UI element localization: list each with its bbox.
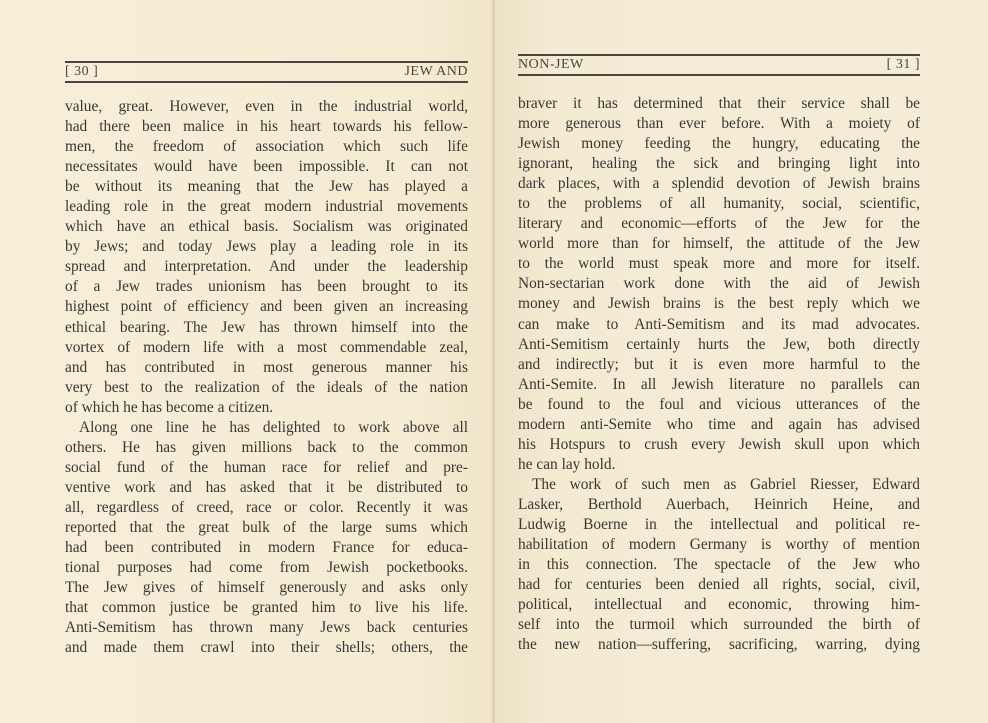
text-line: Jewish money feeding the hungry, educati…	[518, 134, 920, 154]
text-line: his Hotspurs to crush every Jewish skull…	[518, 435, 920, 455]
text-line: spread and interpretation. And under the…	[65, 257, 468, 277]
text-line: Non-sectarian work done with the aid of …	[518, 274, 920, 294]
text-line: necessitates would have been impossible.…	[65, 157, 468, 177]
text-line: habilitation of modern Germany is worthy…	[518, 535, 920, 555]
text-line: Anti-Semitism has thrown many Jews back …	[65, 618, 468, 638]
text-line: money and Jewish brains is the best repl…	[518, 294, 920, 314]
text-line: tional purposes had come from Jewish poc…	[65, 558, 468, 578]
text-line: Anti-Semite. In all Jewish literature no…	[518, 375, 920, 395]
text-line: of which he has become a citizen.	[65, 398, 468, 418]
running-head-right: NON-JEW [ 31 ]	[518, 54, 920, 76]
text-line: can make to Anti-Semitism and its mad ad…	[518, 315, 920, 335]
text-line: had been contributed in modern France fo…	[65, 538, 468, 558]
text-line: that common justice be granted him to li…	[65, 598, 468, 618]
text-line: he can lay hold.	[518, 455, 920, 475]
text-line: The Jew gives of himself generously and …	[65, 578, 468, 598]
running-head-left: [ 30 ] JEW AND	[65, 61, 468, 83]
text-line: political, intellectual and economic, th…	[518, 595, 920, 615]
text-line: had for centuries been denied all rights…	[518, 575, 920, 595]
text-line: men, the freedom of association which su…	[65, 137, 468, 157]
text-line: ventive work and has asked that it be di…	[65, 478, 468, 498]
text-line: The work of such men as Gabriel Riesser,…	[518, 475, 920, 495]
text-line: world more than for himself, the attitud…	[518, 234, 920, 254]
text-line: by Jews; and today Jews play a leading r…	[65, 237, 468, 257]
text-line: reported that the great bulk of the larg…	[65, 518, 468, 538]
text-line: and has contributed in most generous man…	[65, 358, 468, 378]
text-line: leading role in the great modern industr…	[65, 197, 468, 217]
text-line: to the world must speak more and more fo…	[518, 254, 920, 274]
text-line: had there been malice in his heart towar…	[65, 117, 468, 137]
text-line: Anti-Semitism certainly hurts the Jew, b…	[518, 335, 920, 355]
text-line: to the problems of all humanity, social,…	[518, 194, 920, 214]
running-title-left: JEW AND	[404, 64, 468, 80]
text-line: very best to the realization of the idea…	[65, 378, 468, 398]
text-line: be found to the foul and vicious utteran…	[518, 395, 920, 415]
text-line: be without its meaning that the Jew has …	[65, 177, 468, 197]
text-line: Lasker, Berthold Auerbach, Heinrich Hein…	[518, 495, 920, 515]
text-line: self into the turmoil which surrounded t…	[518, 615, 920, 635]
left-page: [ 30 ] JEW AND value, great. However, ev…	[0, 0, 494, 723]
text-line: all, regardless of creed, race or color.…	[65, 498, 468, 518]
text-line: Along one line he has delighted to work …	[65, 418, 468, 438]
running-title-right: NON-JEW	[518, 57, 584, 73]
text-line: and indirectly; but it is even more harm…	[518, 355, 920, 375]
text-line: ethical bearing. The Jew has thrown hims…	[65, 318, 468, 338]
page-number-right: [ 31 ]	[887, 57, 920, 73]
text-line: more generous than ever before. With a m…	[518, 114, 920, 134]
text-line: vortex of modern life with a most commen…	[65, 338, 468, 358]
text-line: others. He has given millions back to th…	[65, 438, 468, 458]
text-line: braver it has determined that their serv…	[518, 94, 920, 114]
text-line: modern anti-Semite who time and again ha…	[518, 415, 920, 435]
text-line: in this connection. The spectacle of the…	[518, 555, 920, 575]
page-number-left: [ 30 ]	[65, 64, 98, 80]
text-line: and made them crawl into their shells; o…	[65, 638, 468, 658]
text-line: social fund of the human race for relief…	[65, 458, 468, 478]
body-text-left: value, great. However, even in the indus…	[65, 97, 468, 658]
text-line: value, great. However, even in the indus…	[65, 97, 468, 117]
book-gutter	[492, 0, 495, 723]
text-line: literary and economic—efforts of the Jew…	[518, 214, 920, 234]
body-text-right: braver it has determined that their serv…	[518, 94, 920, 655]
text-line: Ludwig Boerne in the intellectual and po…	[518, 515, 920, 535]
text-line: dark places, with a splendid devotion of…	[518, 174, 920, 194]
text-line: highest point of efficiency and been giv…	[65, 297, 468, 317]
text-line: of a Jew trades unionism has been brough…	[65, 277, 468, 297]
text-line: the new nation—suffering, sacrificing, w…	[518, 635, 920, 655]
text-line: ignorant, healing the sick and bringing …	[518, 154, 920, 174]
text-line: which have an ethical basis. Socialism w…	[65, 217, 468, 237]
